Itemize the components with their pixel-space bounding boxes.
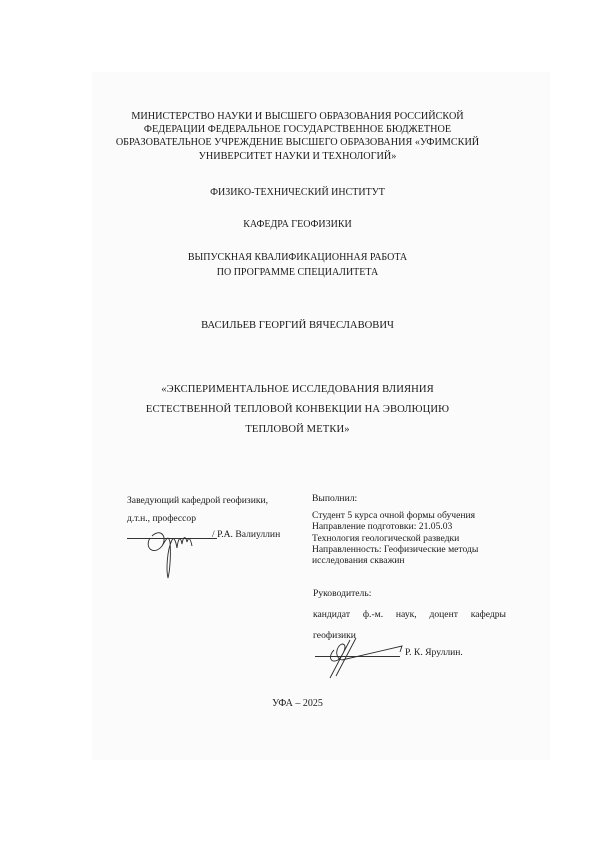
performed-line: Студент 5 курса очной формы обучения: [312, 510, 478, 521]
head-role: Заведующий кафедрой геофизики,: [127, 495, 268, 507]
word: кафедры: [471, 609, 506, 621]
header-line: УНИВЕРСИТЕТ НАУКИ И ТЕХНОЛОГИЙ»: [0, 150, 595, 163]
header-line: ФЕДЕРАЦИИ ФЕДЕРАЛЬНОЕ ГОСУДАРСТВЕННОЕ БЮ…: [0, 123, 595, 136]
supervisor-credentials: кандидат ф.-м. наук, доцент кафедры: [313, 609, 506, 621]
performed-label: Выполнил:: [312, 493, 357, 505]
performed-line: Направление подготовки: 21.05.03: [312, 521, 478, 532]
supervisor-signature-icon: [320, 632, 410, 682]
performed-line: Направленность: Геофизические методы: [312, 544, 478, 555]
department-name: КАФЕДРА ГЕОФИЗИКИ: [0, 218, 595, 231]
author-name: ВАСИЛЬЕВ ГЕОРГИЙ ВЯЧЕСЛАВОВИЧ: [0, 320, 595, 331]
head-signature-icon: [140, 520, 220, 580]
thesis-title: «ЭКСПЕРИМЕНТАЛЬНОЕ ИССЛЕДОВАНИЯ ВЛИЯНИЯ …: [0, 380, 595, 440]
title-line: «ЭКСПЕРИМЕНТАЛЬНОЕ ИССЛЕДОВАНИЯ ВЛИЯНИЯ: [0, 380, 595, 400]
supervisor-label: Руководитель:: [313, 588, 371, 600]
performed-line: исследования скважин: [312, 555, 478, 566]
performed-line: Технология геологической разведки: [312, 533, 478, 544]
city-year: УФА – 2025: [0, 697, 595, 710]
title-line: ЕСТЕСТВЕННОЙ ТЕПЛОВОЙ КОНВЕКЦИИ НА ЭВОЛЮ…: [0, 400, 595, 420]
head-signature-name: / Р.А. Валиуллин: [212, 529, 280, 541]
performed-details: Студент 5 курса очной формы обучения Нап…: [312, 510, 478, 566]
ministry-header: МИНИСТЕРСТВО НАУКИ И ВЫСШЕГО ОБРАЗОВАНИЯ…: [0, 110, 595, 163]
header-line: МИНИСТЕРСТВО НАУКИ И ВЫСШЕГО ОБРАЗОВАНИЯ…: [0, 110, 595, 123]
work-type: ВЫПУСКНАЯ КВАЛИФИКАЦИОННАЯ РАБОТА ПО ПРО…: [0, 250, 595, 280]
word: наук,: [396, 609, 417, 621]
header-line: ОБРАЗОВАТЕЛЬНОЕ УЧРЕЖДЕНИЕ ВЫСШЕГО ОБРАЗ…: [0, 136, 595, 149]
word: ф.-м.: [363, 609, 383, 621]
supervisor-signature-name: Р. К. Яруллин.: [405, 647, 463, 659]
title-line: ТЕПЛОВОЙ МЕТКИ»: [0, 420, 595, 440]
work-type-line: ПО ПРОГРАММЕ СПЕЦИАЛИТЕТА: [0, 265, 595, 280]
word: кандидат: [313, 609, 350, 621]
work-type-line: ВЫПУСКНАЯ КВАЛИФИКАЦИОННАЯ РАБОТА: [0, 250, 595, 265]
word: доцент: [430, 609, 458, 621]
institute-name: ФИЗИКО-ТЕХНИЧЕСКИЙ ИНСТИТУТ: [0, 186, 595, 199]
